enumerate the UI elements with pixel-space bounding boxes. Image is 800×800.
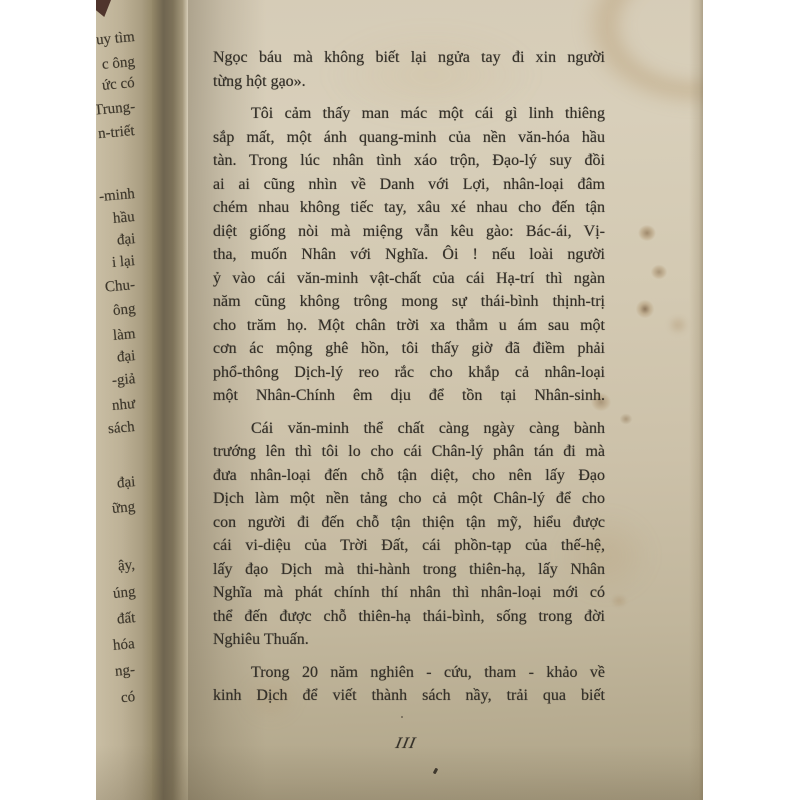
book-photo-scene: uy tìmc ôngức cóTrung-n-triết-minhhầuđại…	[0, 0, 800, 800]
text-line: Trong 20 năm nghiên - cứu, tham - khảo v…	[213, 661, 605, 685]
fox-spot	[632, 296, 658, 322]
text-line: từng hột gạo».	[213, 70, 605, 94]
text-line: ỷ vào cái văn-minh vật-chất của cái Hạ-t…	[213, 267, 605, 291]
left-page-fragment: -giả	[111, 372, 136, 389]
left-page-fragment: có	[120, 690, 135, 706]
paragraph: Cái văn-minh thể chất càng ngày càng bàn…	[213, 417, 605, 652]
text-line: cho trăm họ. Một chân trời xa thẳm u ám …	[213, 314, 605, 338]
paragraph: Tôi cảm thấy man mác một cái gì linh thi…	[213, 102, 605, 408]
paragraph: Trong 20 năm nghiên - cứu, tham - khảo v…	[213, 661, 605, 708]
left-page-fragment: hóa	[113, 637, 136, 654]
text-line: tha, muốn Nhân với Nghĩa. Ôi ! nếu loài …	[213, 243, 605, 267]
text-line: Tôi cảm thấy man mác một cái gì linh thi…	[213, 102, 605, 126]
paragraph: Ngọc báu mà không biết lại ngửa tay đi x…	[213, 46, 605, 93]
left-page-fragment: Trung-	[96, 100, 136, 119]
page-right-edge	[689, 0, 703, 800]
text-line: Dịch làm một nền tảng cho cả một Chân-lý…	[213, 487, 605, 511]
fox-spot	[635, 222, 659, 244]
text-line: phổ-thông Dịch-lý reo rắc cho khắp cả nh…	[213, 361, 605, 385]
text-line: đưa nhân-loại đến chỗ tận diệt, cho nên …	[213, 464, 605, 488]
left-page-fragment: như	[111, 397, 135, 414]
text-line: năm cũng không trông mong sự thái-bình t…	[213, 290, 605, 314]
fox-spot	[664, 312, 692, 338]
left-page-fragment: đại	[116, 349, 136, 366]
left-page-fragment: ng-	[114, 663, 135, 680]
text-line: Nghĩa mà phát chính thí nhân thì nhân-lo…	[213, 581, 605, 605]
text-line: thể đến được chỗ thiên-hạ thái-bình, sốn…	[213, 605, 605, 629]
book-spine-crease	[152, 0, 188, 800]
left-page-fragment: đất	[116, 611, 136, 628]
left-page-fragment: uy tìm	[96, 30, 136, 48]
left-page-fragment: c ông	[102, 55, 136, 73]
left-page-fragment: sách	[108, 420, 136, 437]
left-page-fragment: ức có	[102, 76, 136, 94]
fox-spot	[618, 412, 634, 426]
bottom-shadow	[96, 745, 703, 800]
text-line: cơn ác mộng ghê hồn, tôi thấy giờ đã điề…	[213, 337, 605, 361]
text-line: lấy đạo Dịch mà thi-hành trong thiên-hạ,…	[213, 558, 605, 582]
text-line: con người đi đến chỗ tận thiện tận mỹ, h…	[213, 511, 605, 535]
text-line: Cái văn-minh thể chất càng ngày càng bàn…	[213, 417, 605, 441]
open-book-photo: uy tìmc ôngức cóTrung-n-triết-minhhầuđại…	[96, 0, 703, 800]
text-line: kinh Dịch để viết thành sách nầy, trải q…	[213, 684, 605, 708]
left-page-fragment: làm	[112, 327, 136, 344]
text-line: trướng lên thì tôi lo cho cái Chân-lý ph…	[213, 440, 605, 464]
left-page-fragment: đại	[116, 232, 136, 249]
ink-speck	[401, 716, 403, 718]
left-page-fragment: ông	[112, 302, 136, 319]
left-page-fragment: úng	[112, 585, 136, 602]
text-line: một Nhân-Chính êm dịu để tồn tại Nhân-si…	[213, 384, 605, 408]
text-line: chém nhau không tiếc tay, xâu xé nhau ch…	[213, 196, 605, 220]
text-line: diệt giống nòi mà miệng vẫn kêu gào: Bác…	[213, 220, 605, 244]
left-page-fragment: -minh	[99, 187, 136, 205]
fox-spot	[648, 262, 670, 282]
left-page-partial: uy tìmc ôngức cóTrung-n-triết-minhhầuđại…	[96, 0, 154, 800]
left-page-fragment: ững	[111, 500, 135, 517]
text-line: cái vi-diệu của Trời Đất, cái phồn-tạp c…	[213, 534, 605, 558]
text-line: Ngọc báu mà không biết lại ngửa tay đi x…	[213, 46, 605, 70]
main-text-column: Ngọc báu mà không biết lại ngửa tay đi x…	[213, 46, 605, 708]
text-line: tàn. Trong lúc nhân tình xáo trộn, Đạo-l…	[213, 149, 605, 173]
fox-spot	[608, 592, 630, 610]
left-page-fragment: i lại	[112, 254, 136, 271]
left-page-fragment: n-triết	[98, 124, 136, 142]
text-line: ai ai cũng nhìn về Danh với Lợi, nhân-lo…	[213, 173, 605, 197]
left-page-fragment: Chu-	[104, 278, 135, 296]
text-line: sắp mất, một ánh quang-minh của nền văn-…	[213, 126, 605, 150]
left-page-fragment: ậy,	[117, 558, 135, 574]
left-page-fragment: đại	[116, 475, 136, 492]
left-page-fragment: hầu	[113, 210, 136, 227]
text-line: Nghiêu Thuấn.	[213, 628, 605, 652]
